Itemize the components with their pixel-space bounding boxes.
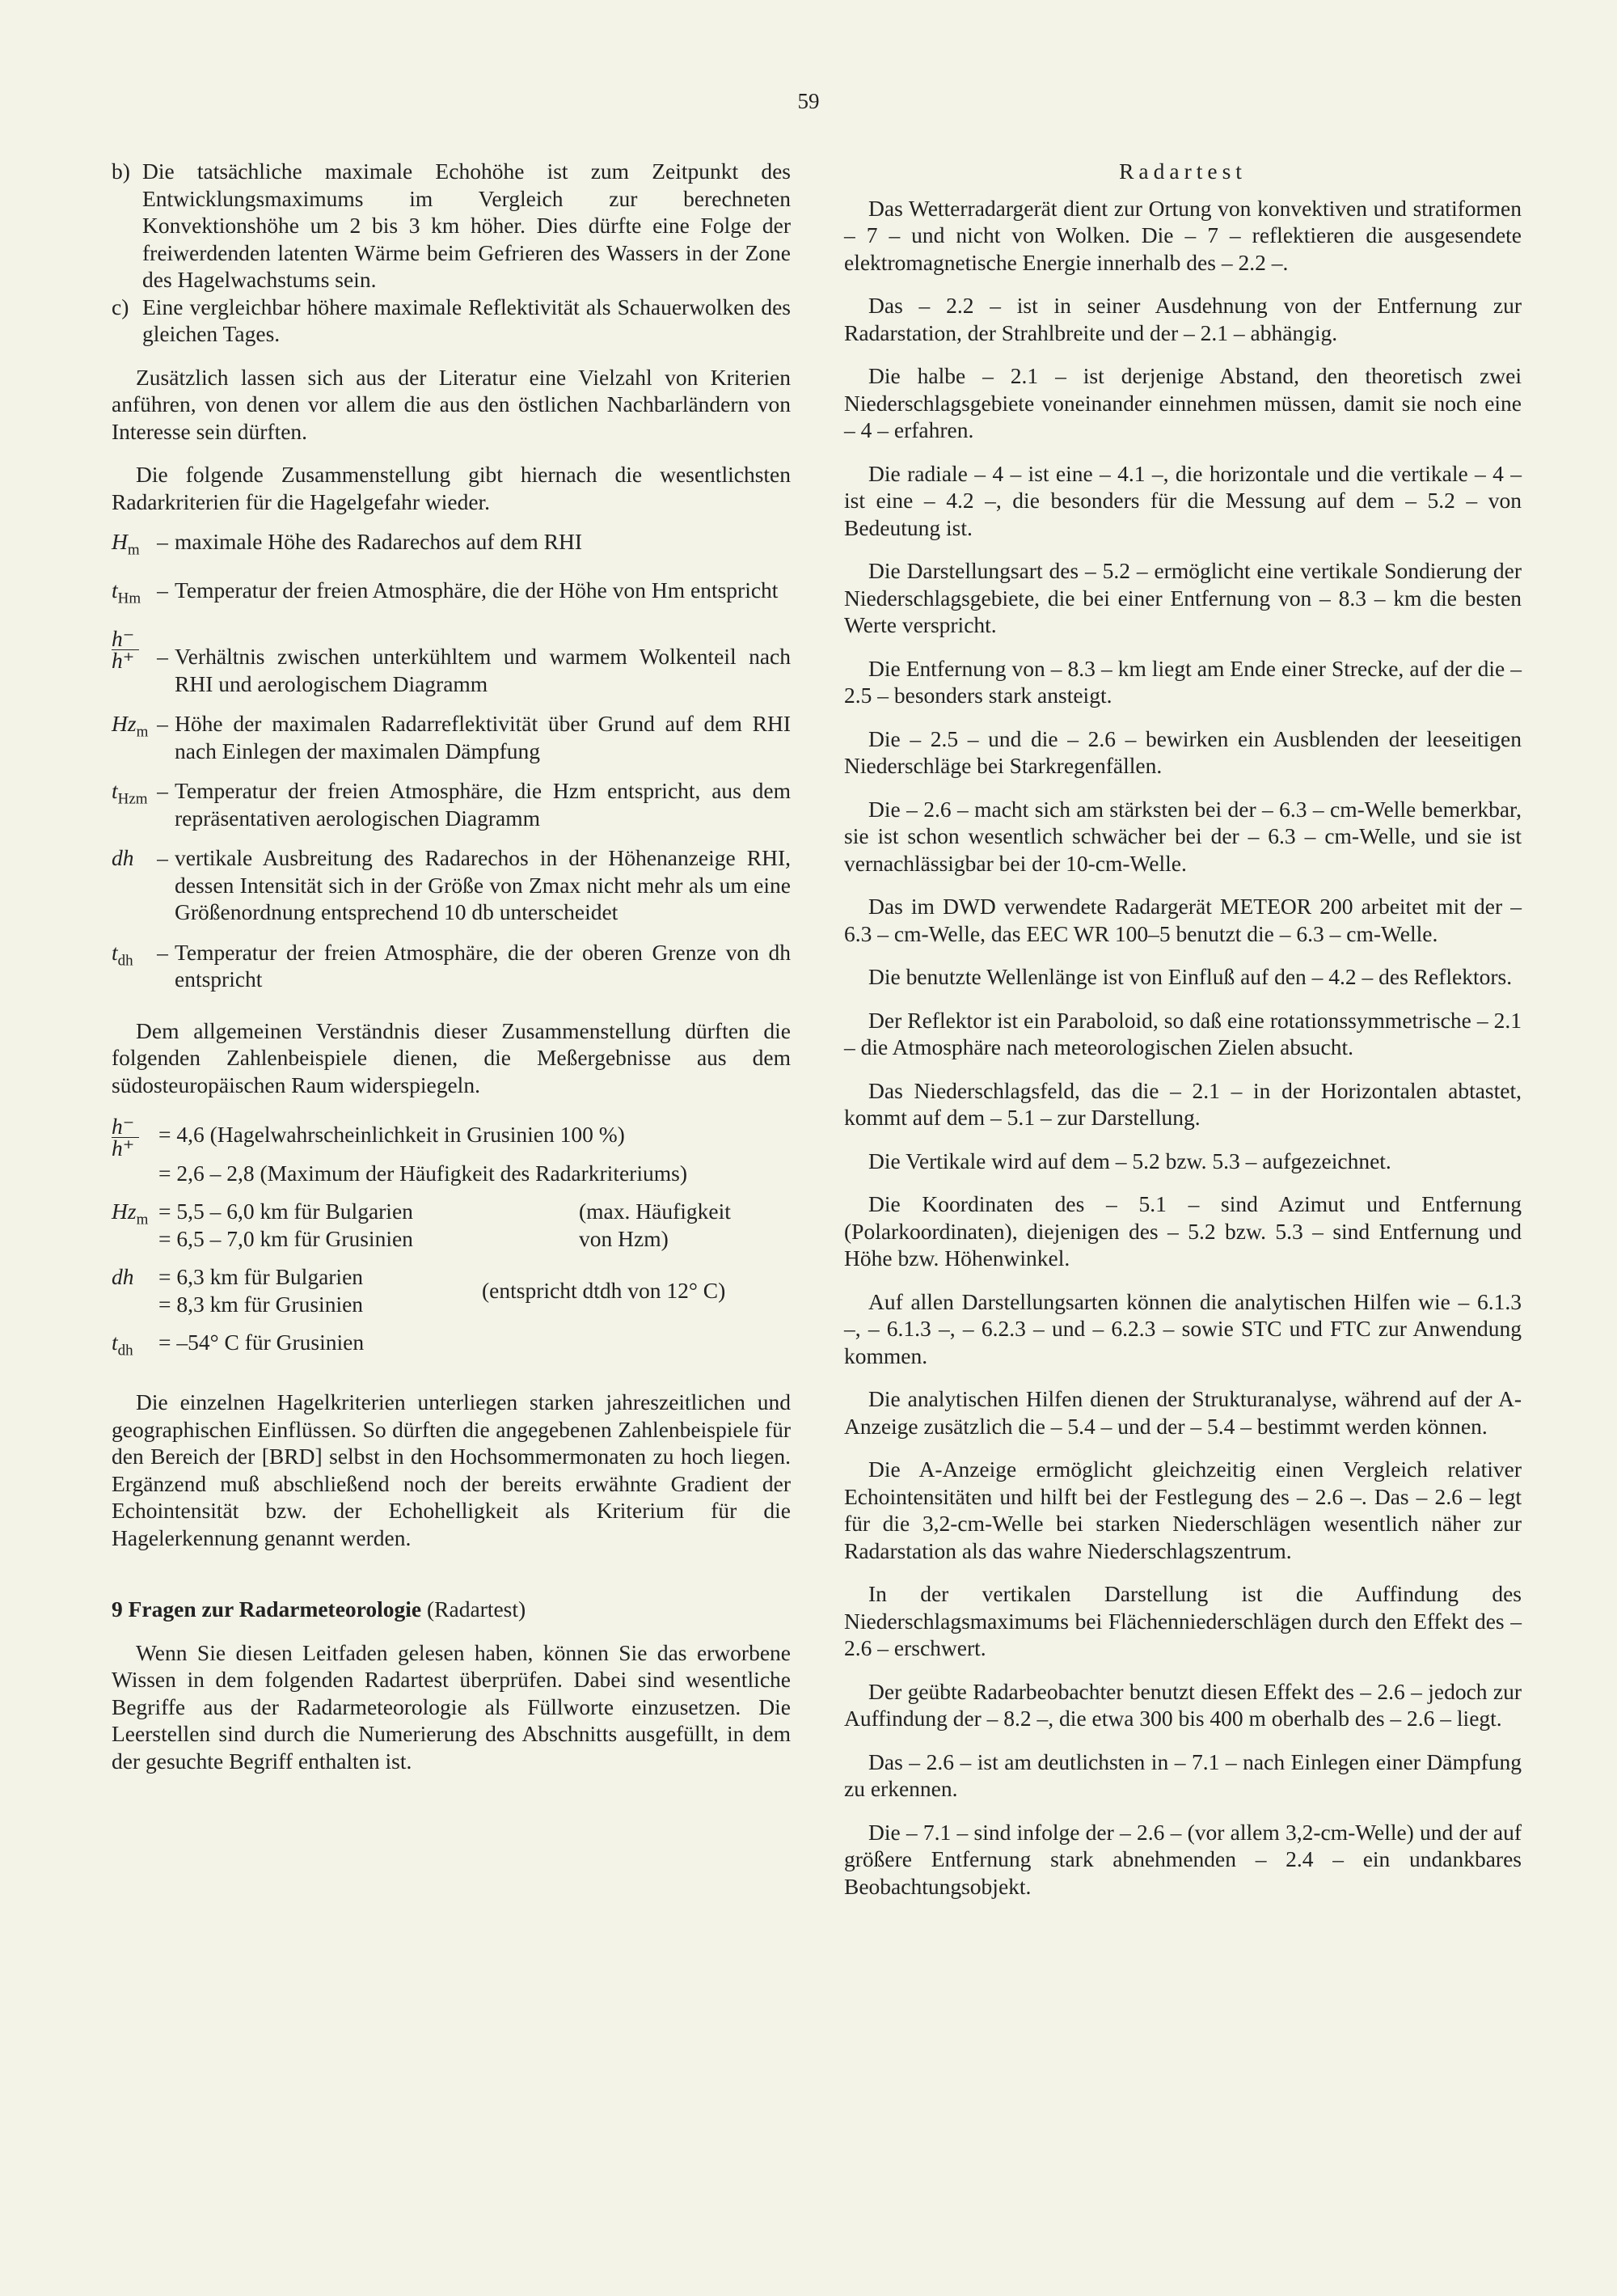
paragraph: Die Entfernung von – 8.3 – km liegt am E…: [844, 655, 1522, 709]
symbol: dh: [112, 844, 150, 926]
definition-text: Höhe der maximalen Radarreflektivität üb…: [175, 710, 791, 764]
definition-item: tHzm – Temperatur der freien Atmosphäre,…: [112, 777, 791, 831]
paragraph: Die folgende Zusammenstellung gibt hiern…: [112, 461, 791, 515]
example-line: = 8,3 km für Grusinien: [158, 1291, 482, 1318]
symbol: tHzm: [112, 777, 150, 831]
list-label: b): [112, 158, 142, 294]
right-column: Radartest Das Wetterradargerät dient zur…: [844, 158, 1522, 1900]
list-item-b: b) Die tatsächliche maximale Echohöhe is…: [112, 158, 791, 294]
paragraph: Die radiale – 4 – ist eine – 4.1 –, die …: [844, 460, 1522, 542]
definition-item: Hm – maximale Höhe des Radarechos auf de…: [112, 528, 791, 564]
paragraph: Zusätzlich lassen sich aus der Literatur…: [112, 364, 791, 446]
symbol: h⁻h⁺: [112, 1113, 158, 1186]
list-text: Die tatsächliche maximale Echohöhe ist z…: [142, 158, 791, 294]
paragraph: Auf allen Darstellungsarten können die a…: [844, 1288, 1522, 1370]
paragraph: Dem allgemeinen Verständnis dieser Zusam…: [112, 1017, 791, 1099]
paragraph: Wenn Sie diesen Leitfaden gelesen haben,…: [112, 1639, 791, 1775]
section-subtitle: (Radartest): [427, 1596, 526, 1622]
paragraph: Die – 7.1 – sind infolge der – 2.6 – (vo…: [844, 1819, 1522, 1901]
symbol: tdh: [112, 939, 150, 993]
paragraph: Die analytischen Hilfen dienen der Struk…: [844, 1385, 1522, 1440]
definition-text: Temperatur der freien Atmosphäre, die de…: [175, 577, 791, 612]
dash: –: [150, 777, 175, 831]
example-line: = 4,6 (Hagelwahrscheinlichkeit in Grusin…: [158, 1121, 791, 1148]
definition-item: dh – vertikale Ausbreitung des Radarecho…: [112, 844, 791, 926]
example-line: = 6,3 km für Bulgarien: [158, 1263, 482, 1291]
paragraph: Die benutzte Wellenlänge ist von Einfluß…: [844, 963, 1522, 991]
example-dh: dh = 6,3 km für Bulgarien = 8,3 km für G…: [112, 1263, 791, 1317]
paragraph: Die einzelnen Hagelkriterien unterliegen…: [112, 1389, 791, 1551]
symbol: tHm: [112, 577, 150, 612]
definition-item: tHm – Temperatur der freien Atmosphäre, …: [112, 577, 791, 612]
list-text: Eine vergleichbar höhere maximale Reflek…: [142, 294, 791, 348]
definition-text: Temperatur der freien Atmosphäre, die Hz…: [175, 777, 791, 831]
dash: –: [150, 710, 175, 764]
list-item-c: c) Eine vergleichbar höhere maximale Ref…: [112, 294, 791, 348]
definition-text: maximale Höhe des Radarechos auf dem RHI: [175, 528, 791, 564]
paragraph: Der geübte Radarbeobachter benutzt diese…: [844, 1678, 1522, 1732]
examples: h⁻h⁺ = 4,6 (Hagelwahrscheinlichkeit in G…: [112, 1113, 791, 1364]
example-hzm: Hzm = 5,5 – 6,0 km für Bulgarien = 6,5 –…: [112, 1198, 791, 1252]
symbol: dh: [112, 1263, 158, 1317]
paragraph: Das – 2.2 – ist in seiner Ausdehnung von…: [844, 292, 1522, 346]
definition-text: Temperatur der freien Atmosphäre, die de…: [175, 939, 791, 993]
paragraph: Die Vertikale wird auf dem – 5.2 bzw. 5.…: [844, 1148, 1522, 1175]
paragraph: Die A-Anzeige ermöglicht gleichzeitig ei…: [844, 1456, 1522, 1564]
paragraph: Das Niederschlagsfeld, das die – 2.1 – i…: [844, 1077, 1522, 1131]
paragraph: Die – 2.6 – macht sich am stärksten bei …: [844, 796, 1522, 877]
page-number: 59: [0, 89, 1617, 114]
symbol: Hzm: [112, 710, 150, 764]
section-number: 9: [112, 1596, 123, 1622]
left-column: b) Die tatsächliche maximale Echohöhe is…: [112, 158, 791, 1774]
paragraph: Das im DWD verwendete Radargerät METEOR …: [844, 893, 1522, 947]
paragraph: Die Darstellungsart des – 5.2 – ermöglic…: [844, 557, 1522, 639]
definition-item: tdh – Temperatur der freien Atmosphäre, …: [112, 939, 791, 993]
paragraph: In der vertikalen Darstellung ist die Au…: [844, 1580, 1522, 1662]
dash: –: [150, 625, 175, 670]
paragraph: Der Reflektor ist ein Paraboloid, so daß…: [844, 1007, 1522, 1061]
example-line: = –54° C für Grusinien: [158, 1329, 791, 1364]
definition-text: Verhältnis zwischen unterkühltem und war…: [175, 625, 791, 697]
paragraph: Die halbe – 2.1 – ist derjenige Abstand,…: [844, 362, 1522, 444]
paragraph: Das – 2.6 – ist am deutlichsten in – 7.1…: [844, 1748, 1522, 1803]
definition-item: h⁻h⁺ – Verhältnis zwischen unterkühltem …: [112, 625, 791, 697]
symbol: h⁻h⁺: [112, 625, 150, 671]
dash: –: [150, 844, 175, 926]
dash: –: [150, 528, 175, 564]
paragraph: Das Wetterradargerät dient zur Ortung vo…: [844, 195, 1522, 277]
example-note: (entspricht dtdh von 12° C): [482, 1277, 725, 1304]
example-note: (max. Häufigkeit von Hzm): [579, 1198, 757, 1252]
dash: –: [150, 939, 175, 993]
paragraph: Die Koordinaten des – 5.1 – sind Azimut …: [844, 1190, 1522, 1272]
symbol: Hm: [112, 528, 150, 564]
example-line: = 6,5 – 7,0 km für Grusinien: [158, 1225, 579, 1253]
definition-text: vertikale Ausbreitung des Radarechos in …: [175, 844, 791, 926]
list-label: c): [112, 294, 142, 348]
definition-item: Hzm – Höhe der maximalen Radarreflektivi…: [112, 710, 791, 764]
definition-list: Hm – maximale Höhe des Radarechos auf de…: [112, 528, 791, 993]
symbol: tdh: [112, 1329, 158, 1364]
dash: –: [150, 577, 175, 612]
example-ratio: h⁻h⁺ = 4,6 (Hagelwahrscheinlichkeit in G…: [112, 1113, 791, 1186]
example-line: = 2,6 – 2,8 (Maximum der Häufigkeit des …: [158, 1160, 791, 1187]
symbol: Hzm: [112, 1198, 158, 1252]
section-heading: 9 Fragen zur Radarmeteorologie (Radartes…: [112, 1596, 791, 1623]
paragraph: Die – 2.5 – und die – 2.6 – bewirken ein…: [844, 725, 1522, 780]
radartest-title: Radartest: [844, 158, 1522, 185]
example-line: = 5,5 – 6,0 km für Bulgarien: [158, 1198, 579, 1225]
example-tdh: tdh = –54° C für Grusinien: [112, 1329, 791, 1364]
section-title: Fragen zur Radarmeteorologie: [129, 1596, 422, 1622]
